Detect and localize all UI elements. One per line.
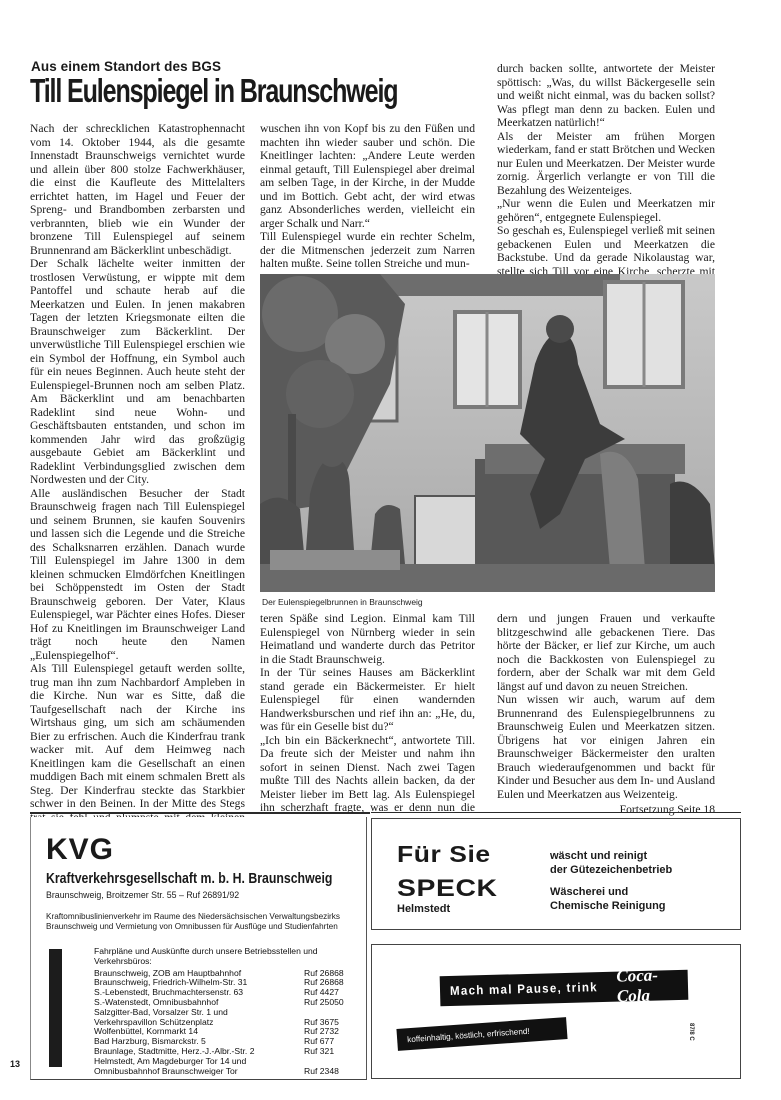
speck-tagline-1: wäscht und reinigt der Gütezeichenbetrie… [550,849,672,877]
coca-cola-advertisement: Mach mal Pause, trink Coca-Cola koffeinh… [371,944,741,1079]
office-phone: Ruf 2348 [304,1067,356,1077]
photo-caption: Der Eulenspiegelbrunnen in Braunschweig [262,597,423,607]
paragraph: durch backen sollte, antwortete der Meis… [497,62,715,130]
article-column-2-bottom: teren Späße sind Legion. Einmal kam Till… [260,612,475,828]
coke-tagline: koffeinhaltig, köstlich, erfrischend! [407,1026,530,1044]
kvg-address: Braunschweig, Broitzemer Str. 55 – Ruf 2… [46,890,239,900]
article-column-2-top: wuschen ihn von Kopf bis zu den Füßen un… [260,122,475,271]
speck-advertisement: Für Sie SPECK Helmstedt wäscht und reini… [371,818,741,930]
paragraph: teren Späße sind Legion. Einmal kam Till… [260,612,475,666]
kvg-company-name: Kraftverkehrsgesellschaft m. b. H. Braun… [46,870,332,887]
coke-ad-code: 87/8 C [688,1023,694,1041]
kvg-intro: Fahrpläne und Auskünfte durch unsere Bet… [94,947,356,967]
article-column-1: Nach der schrecklichen Katastrophennacht… [30,122,245,905]
speck-tagline-2: Wäscherei und Chemische Reinigung [550,885,666,913]
paragraph: Nun wissen wir auch, warum auf dem Brunn… [497,693,715,801]
paragraph: Als der Meister am frühen Morgen wiederk… [497,130,715,198]
paragraph: In der Tür seines Hauses am Bäckerklint … [260,666,475,734]
coca-cola-logo: Coca-Cola [616,965,688,1007]
speck-line: wäscht und reinigt [550,849,672,863]
speck-city: Helmstedt [397,903,450,915]
coke-slogan: Mach mal Pause, trink [450,980,598,998]
eulenspiegel-fountain-image [260,274,715,592]
article-column-3-top: durch backen sollte, antwortete der Meis… [497,62,715,292]
speck-brand: SPECK [397,875,498,903]
paragraph: Der Schalk lächelte weiter inmitten der … [30,257,245,487]
paragraph: Till Eulenspiegel wurde ein rechter Sche… [260,230,475,271]
speck-line: der Gütezeichenbetrieb [550,863,672,877]
speck-line: Chemische Reinigung [550,899,666,913]
coke-tagline-band: koffeinhaltig, köstlich, erfrischend! [396,1017,567,1051]
kvg-office-list: Fahrpläne und Auskünfte durch unsere Bet… [94,947,356,1076]
office-row: Omnibusbahnhof Braunschweiger TorRuf 234… [94,1067,356,1077]
kvg-black-bar [49,949,62,1067]
fountain-photo [260,274,715,592]
continuation-note: Fortsetzung Seite 18 [497,803,715,817]
kvg-description: Kraftomnibuslinienverkehr im Raume des N… [46,912,354,932]
office-phone: Ruf 321 [304,1047,356,1057]
divider [371,812,741,813]
office-phone: Ruf 25050 [304,998,356,1008]
article-headline: Till Eulenspiegel in Braunschweig [30,72,397,110]
paragraph: Alle ausländischen Besucher der Stadt Br… [30,487,245,663]
kvg-logo: KVG [46,833,114,867]
paragraph: wuschen ihn von Kopf bis zu den Füßen un… [260,122,475,230]
page-number: 13 [10,1059,20,1069]
paragraph: dern und jungen Frauen und verkaufte bli… [497,612,715,693]
coke-slogan-band: Mach mal Pause, trink Coca-Cola [440,970,689,1006]
article-column-3-bottom: dern und jungen Frauen und verkaufte bli… [497,612,715,817]
paragraph: „Nur wenn die Eulen und Meerkatzen mir g… [497,197,715,224]
speck-line: Wäscherei und [550,885,666,899]
paragraph: Nach der schrecklichen Katastrophennacht… [30,122,245,257]
office-location: Omnibusbahnhof Braunschweiger Tor [94,1067,238,1077]
divider [30,812,370,814]
kvg-advertisement: KVG Kraftverkehrsgesellschaft m. b. H. B… [30,817,367,1080]
speck-headline: Für Sie [397,841,491,868]
